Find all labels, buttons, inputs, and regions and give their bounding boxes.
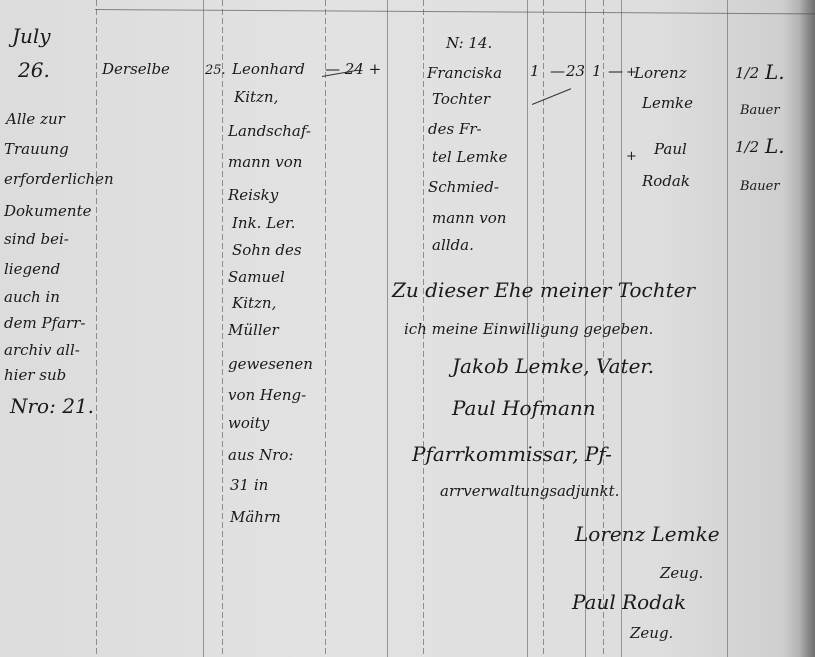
column-rule <box>96 0 97 657</box>
house-number: 25. <box>205 64 226 77</box>
dash: — <box>608 64 623 79</box>
date-day: 26. <box>18 60 50 80</box>
column-rule <box>325 0 326 657</box>
place-name: Derselbe <box>102 62 170 77</box>
register-page: July 26. Alle zur Trauung erforderlichen… <box>0 0 815 657</box>
bride-catholic-count: 1 <box>530 64 540 79</box>
column-rule <box>203 0 204 657</box>
mark: 1 <box>592 64 602 79</box>
column-rule <box>387 0 388 657</box>
dash: — <box>550 64 565 79</box>
column-rule <box>222 0 223 657</box>
column-rule <box>727 0 728 657</box>
diagonal-stroke <box>532 88 571 105</box>
page-fold-shadow <box>799 0 815 657</box>
bride-age: 23 <box>566 64 585 79</box>
date-month: July <box>12 26 51 46</box>
